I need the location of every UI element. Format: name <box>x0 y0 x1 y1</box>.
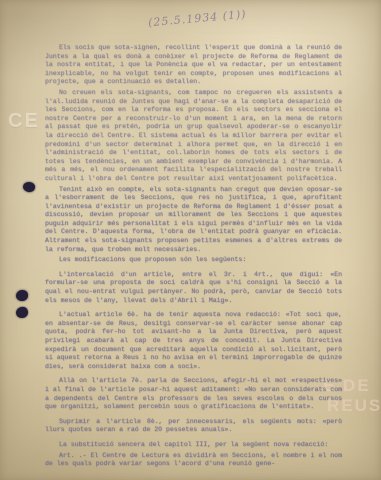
embossed-stamp-fragment-left: CE <box>8 110 40 133</box>
typewritten-text-block: Els socis que sota-signen, recollint l'e… <box>45 44 342 471</box>
typewritten-paragraph: L'actual article 6è. ha de tenir aquesta… <box>45 311 342 371</box>
typewritten-paragraph: Tenint això en compte, els sota-signants… <box>45 186 342 255</box>
typewritten-paragraph: La substitució sencera del capítol III, … <box>45 441 342 450</box>
typewritten-paragraph: Les modificacions que proposen són les s… <box>45 256 342 265</box>
typewritten-paragraph: Allà on l'article 7è. parla de Seccions,… <box>45 377 342 411</box>
typewritten-paragraph: L'intercalació d'un article, entre el 3r… <box>45 271 342 305</box>
handwritten-date-annotation: (25.5.1934 (1)) <box>148 8 247 30</box>
typewritten-paragraph: Suprimir a l'article 8è., per innecessar… <box>45 418 342 435</box>
ink-blot <box>22 181 36 193</box>
typewritten-paragraph: Art. .- El Centre de Lectura es dividirà… <box>45 452 342 469</box>
typewritten-paragraph: Els socis que sota-signen, recollint l'e… <box>45 44 342 87</box>
ink-blot <box>15 306 28 319</box>
typewritten-paragraph: No creuen els sota-signants, com tampoc … <box>45 89 342 184</box>
ink-blot <box>16 290 28 301</box>
document-page: CE E DE REUS (25.5.1934 (1)) Els socis q… <box>0 0 381 480</box>
